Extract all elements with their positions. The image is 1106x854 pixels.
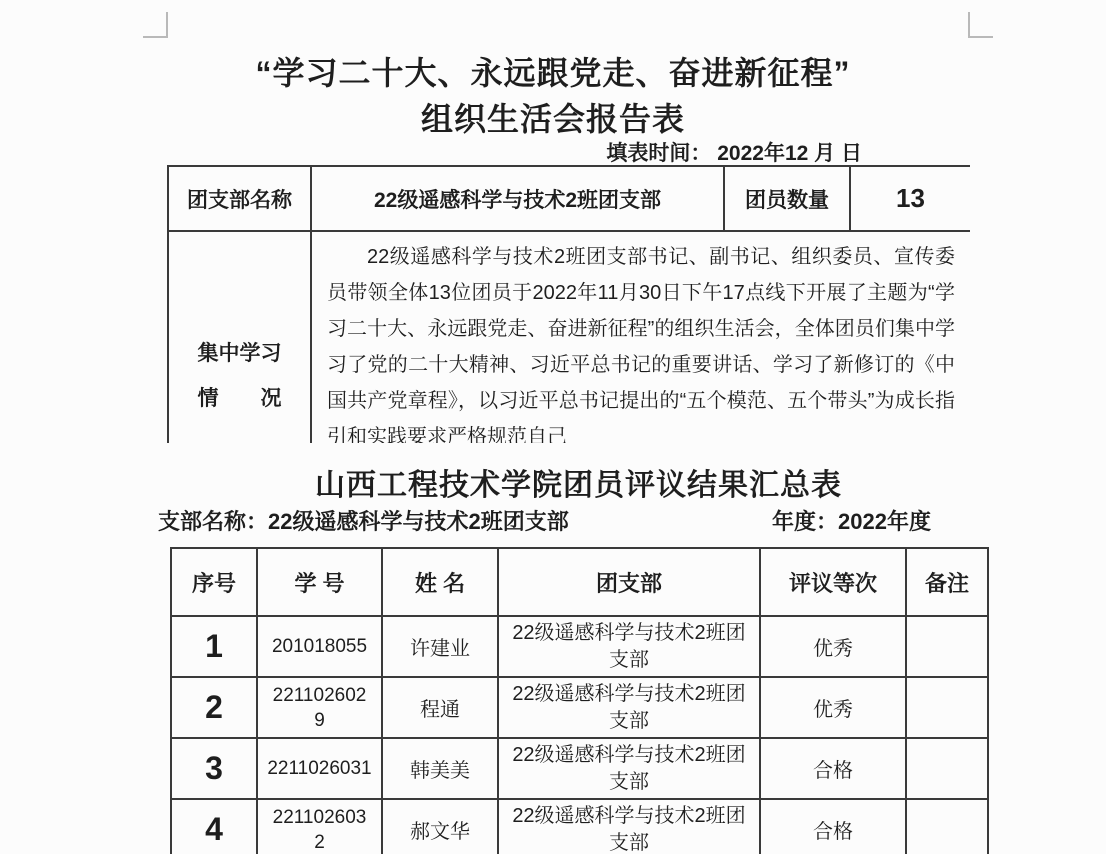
cell-student-id: 2211026031 (257, 738, 382, 799)
summary-table-title: 山西工程技术学院团员评议结果汇总表 (170, 460, 987, 504)
header-cell-index: 序号 (171, 548, 257, 616)
table-row: 集中学习 情 况 22级遥感科学与技术2班团支部书记、副书记、组织委员、宣传委员… (168, 231, 970, 443)
table-row: 团支部名称 22级遥感科学与技术2班团支部 团员数量 13 (168, 166, 970, 231)
cell-index: 1 (171, 616, 257, 677)
branch-name-label-cell: 团支部名称 (168, 166, 311, 231)
cell-name: 程通 (382, 677, 498, 738)
cell-branch: 22级遥感科学与技术2班团支部 (498, 738, 760, 799)
cell-remark (906, 738, 988, 799)
cell-student-id: 221102602 9 (257, 677, 382, 738)
page-corner-mark-left-icon (143, 12, 168, 38)
cell-name: 郝文华 (382, 799, 498, 854)
cell-name: 韩美美 (382, 738, 498, 799)
header-cell-branch: 团支部 (498, 548, 760, 616)
page-corner-mark-right-icon (968, 12, 993, 38)
cell-index: 4 (171, 799, 257, 854)
cell-name: 许建业 (382, 616, 498, 677)
cell-branch: 22级遥感科学与技术2班团支部 (498, 616, 760, 677)
report-form-title-line2: 组织生活会报告表 (0, 96, 1106, 142)
summary-table: 序号 学 号 姓 名 团支部 评议等次 备注 1 201018055 许建业 2… (170, 547, 989, 854)
table-row: 3 2211026031 韩美美 22级遥感科学与技术2班团支部 合格 (171, 738, 988, 799)
header-cell-name: 姓 名 (382, 548, 498, 616)
branch-name-value-cell: 22级遥感科学与技术2班团支部 (311, 166, 724, 231)
report-form-table: 团支部名称 22级遥感科学与技术2班团支部 团员数量 13 集中学习 情 况 2… (167, 165, 970, 443)
study-situation-paragraph: 22级遥感科学与技术2班团支部书记、副书记、组织委员、宣传委员带领全体13位团员… (327, 239, 955, 443)
study-situation-label-cell: 集中学习 情 况 (168, 231, 311, 443)
summary-branch-line: 支部名称：22级遥感科学与技术2班团支部 (158, 505, 569, 536)
cell-remark (906, 616, 988, 677)
study-label-line2: 情 况 (169, 376, 310, 421)
report-form-title-line1: “学习二十大、永远跟党走、奋进新征程” (0, 50, 1106, 96)
summary-year-line: 年度：2022年度 (772, 505, 931, 536)
study-situation-content-cell: 22级遥感科学与技术2班团支部书记、副书记、组织委员、宣传委员带领全体13位团员… (311, 231, 970, 443)
report-form-title: “学习二十大、永远跟党走、奋进新征程” 组织生活会报告表 (0, 50, 1106, 142)
cell-grade: 优秀 (760, 616, 906, 677)
header-cell-grade: 评议等次 (760, 548, 906, 616)
cell-student-id: 201018055 (257, 616, 382, 677)
study-label-line1: 集中学习 (169, 331, 310, 376)
table-row: 4 221102603 2 郝文华 22级遥感科学与技术2班团支部 合格 (171, 799, 988, 854)
member-count-label-cell: 团员数量 (724, 166, 850, 231)
cell-remark (906, 799, 988, 854)
cell-branch: 22级遥感科学与技术2班团支部 (498, 677, 760, 738)
cell-remark (906, 677, 988, 738)
cell-grade: 合格 (760, 738, 906, 799)
summary-subheader: 支部名称：22级遥感科学与技术2班团支部 年度：2022年度 (158, 505, 987, 536)
member-count-value-cell: 13 (850, 166, 970, 231)
fill-time-line: 填表时间： 2022年12 月 日 (606, 137, 862, 167)
cell-index: 2 (171, 677, 257, 738)
cell-index: 3 (171, 738, 257, 799)
table-row: 2 221102602 9 程通 22级遥感科学与技术2班团支部 优秀 (171, 677, 988, 738)
table-header-row: 序号 学 号 姓 名 团支部 评议等次 备注 (171, 548, 988, 616)
header-cell-remark: 备注 (906, 548, 988, 616)
cell-student-id: 221102603 2 (257, 799, 382, 854)
cell-branch: 22级遥感科学与技术2班团支部 (498, 799, 760, 854)
header-cell-student-id: 学 号 (257, 548, 382, 616)
cell-grade: 优秀 (760, 677, 906, 738)
cell-grade: 合格 (760, 799, 906, 854)
table-row: 1 201018055 许建业 22级遥感科学与技术2班团支部 优秀 (171, 616, 988, 677)
